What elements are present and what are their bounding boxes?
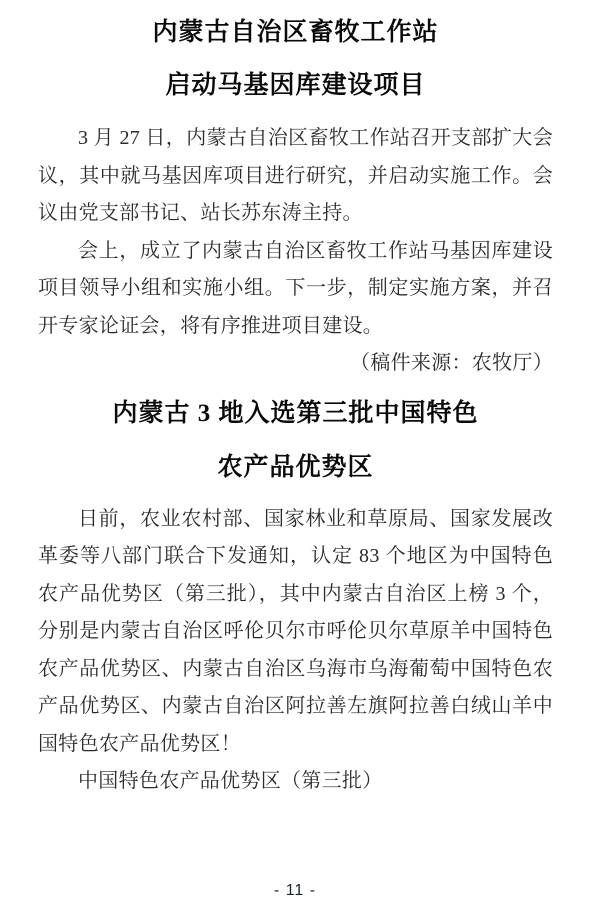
article-2-title: 内蒙古 3 地入选第三批中国特色 农产品优势区 [38, 387, 553, 495]
article-1-source-attribution: （稿件来源：农牧厅） [38, 345, 553, 383]
article-2-paragraph-1: 日前，农业农村部、国家林业和草原局、国家发展改革委等八部门联合下发通知，认定 8… [38, 501, 553, 764]
article-1-title: 内蒙古自治区畜牧工作站 启动马基因库建设项目 [38, 6, 553, 112]
article-2-title-line-1: 内蒙古 3 地入选第三批中国特色 [38, 387, 553, 441]
document-page: 内蒙古自治区畜牧工作站 启动马基因库建设项目 3 月 27 日，内蒙古自治区畜牧… [0, 0, 590, 917]
article-1-title-line-1: 内蒙古自治区畜牧工作站 [38, 6, 553, 59]
article-2-body: 日前，农业农村部、国家林业和草原局、国家发展改革委等八部门联合下发通知，认定 8… [38, 501, 553, 801]
article-1: 内蒙古自治区畜牧工作站 启动马基因库建设项目 3 月 27 日，内蒙古自治区畜牧… [38, 6, 553, 383]
page-number: - 11 - [0, 882, 590, 900]
article-1-paragraph-1: 3 月 27 日，内蒙古自治区畜牧工作站召开支部扩大会议，其中就马基因库项目进行… [38, 120, 553, 233]
article-2: 内蒙古 3 地入选第三批中国特色 农产品优势区 日前，农业农村部、国家林业和草原… [38, 387, 553, 801]
article-1-title-line-2: 启动马基因库建设项目 [38, 59, 553, 112]
article-1-body: 3 月 27 日，内蒙古自治区畜牧工作站召开支部扩大会议，其中就马基因库项目进行… [38, 120, 553, 383]
article-2-title-line-2: 农产品优势区 [38, 441, 553, 495]
article-1-paragraph-2: 会上，成立了内蒙古自治区畜牧工作站马基因库建设项目领导小组和实施小组。下一步，制… [38, 233, 553, 346]
article-2-paragraph-2: 中国特色农产品优势区（第三批） [38, 763, 553, 801]
